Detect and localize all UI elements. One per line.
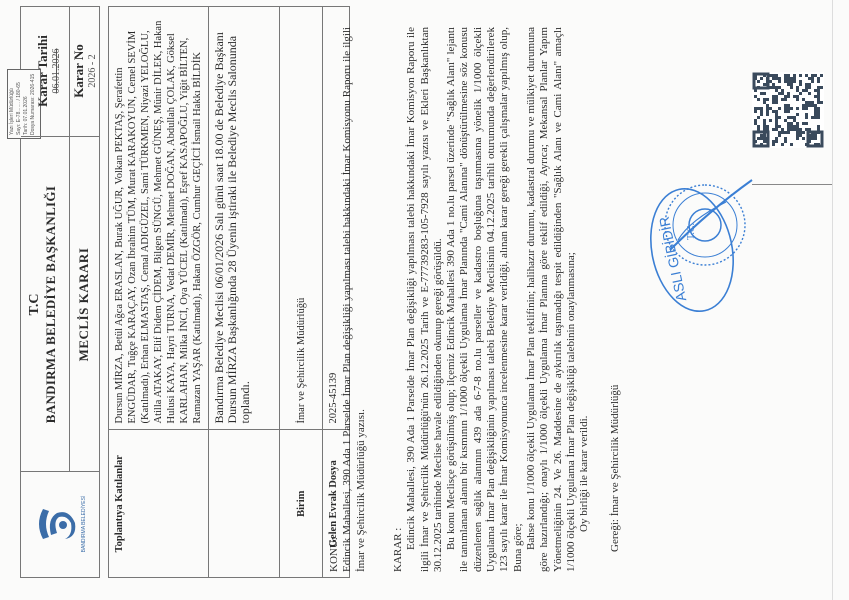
decision-meta-cell: Karar Tarihi 06.01.2026 Karar No 2026 - … [21,6,99,137]
decision-paragraph: Bahse konu 1/1000 ölçekli Uygulama İmar … [525,27,578,572]
stamp-text: ASLI GİBİDİR [655,215,690,303]
decision-no-block: Karar No 2026 - 2 [69,6,99,136]
decision-no: 2026 - 2 [87,6,98,136]
organization-name: BANDIRMA BELEDİYE BAŞKANLIĞI [43,137,59,472]
divider [752,184,832,185]
document-header: BANDIRMA BELEDİYESİ T.C BANDIRMA BELEDİY… [20,6,100,578]
decision-section: KARAR : Edincik Mahallesi, 390 Ada 1 Par… [392,27,623,572]
unit-value: İmar ve Şehircilik Müdürlüğü [280,7,323,430]
unit-label: Birim [280,430,323,578]
page-edge [832,0,833,600]
document-type: MECLİS KARARI [76,137,92,472]
table-row: Bandırma Belediye Meclisi 06/01/2026 Sal… [209,7,280,578]
document-type-block: MECLİS KARARI [69,137,99,472]
logo-caption: BANDIRMA BELEDİYESİ [81,491,87,557]
municipality-logo-icon [35,499,85,549]
subject-text: Edincik Mahallesi, 390 Ada 1 Parselde İm… [341,27,368,572]
decision-paragraph: Bu konu Meclisçe görüşülmüş olup; ilçemi… [445,27,525,572]
decision-paragraph: Edincik Mahallesi, 390 Ada 1 Parselde İm… [405,27,445,572]
decision-date-block: Karar Tarihi 06.01.2026 [21,6,70,136]
decision-heading: KARAR : [392,27,405,572]
certified-copy-stamp-icon: ASLI GİBİDİR T.C. [630,150,760,320]
decision-date: 06.01.2026 [51,6,62,136]
meeting-label [209,430,280,578]
logo-cell: BANDIRMA BELEDİYESİ [21,471,99,577]
table-row: Birim İmar ve Şehircilik Müdürlüğü [280,7,323,578]
qr-code-icon[interactable] [750,50,826,168]
document-page: BANDIRMA BELEDİYESİ T.C BANDIRMA BELEDİY… [0,0,849,600]
decision-no-label: Karar No [71,6,87,136]
attendees-value: Dursun MİRZA, Betül Ağca ERASLAN, Burak … [109,7,209,430]
title-cell: T.C BANDIRMA BELEDİYE BAŞKANLIĞI MECLİS … [21,137,99,472]
subject-section: KONU: Edincik Mahallesi, 390 Ada 1 Parse… [328,27,368,572]
meeting-value: Bandırma Belediye Meclisi 06/01/2026 Sal… [209,7,280,430]
country-label: T.C [27,137,43,472]
registry-stamp-line: Yazı İşleri Müdürlüğü [9,73,16,135]
subject-heading: KONU: [328,27,341,572]
table-row: Toplantıya Katılanlar Dursun MİRZA, Betü… [109,7,209,578]
organization-block: T.C BANDIRMA BELEDİYE BAŞKANLIĞI [21,137,70,472]
decision-vote: Oy birliği ile karar verildi. [578,27,591,572]
info-table: Toplantıya Katılanlar Dursun MİRZA, Betü… [108,6,350,578]
distribution-line: Gereği: İmar ve Şehircilik Müdürlüğü [609,27,622,572]
decision-date-label: Karar Tarihi [35,6,51,136]
attendees-label: Toplantıya Katılanlar [109,430,209,578]
